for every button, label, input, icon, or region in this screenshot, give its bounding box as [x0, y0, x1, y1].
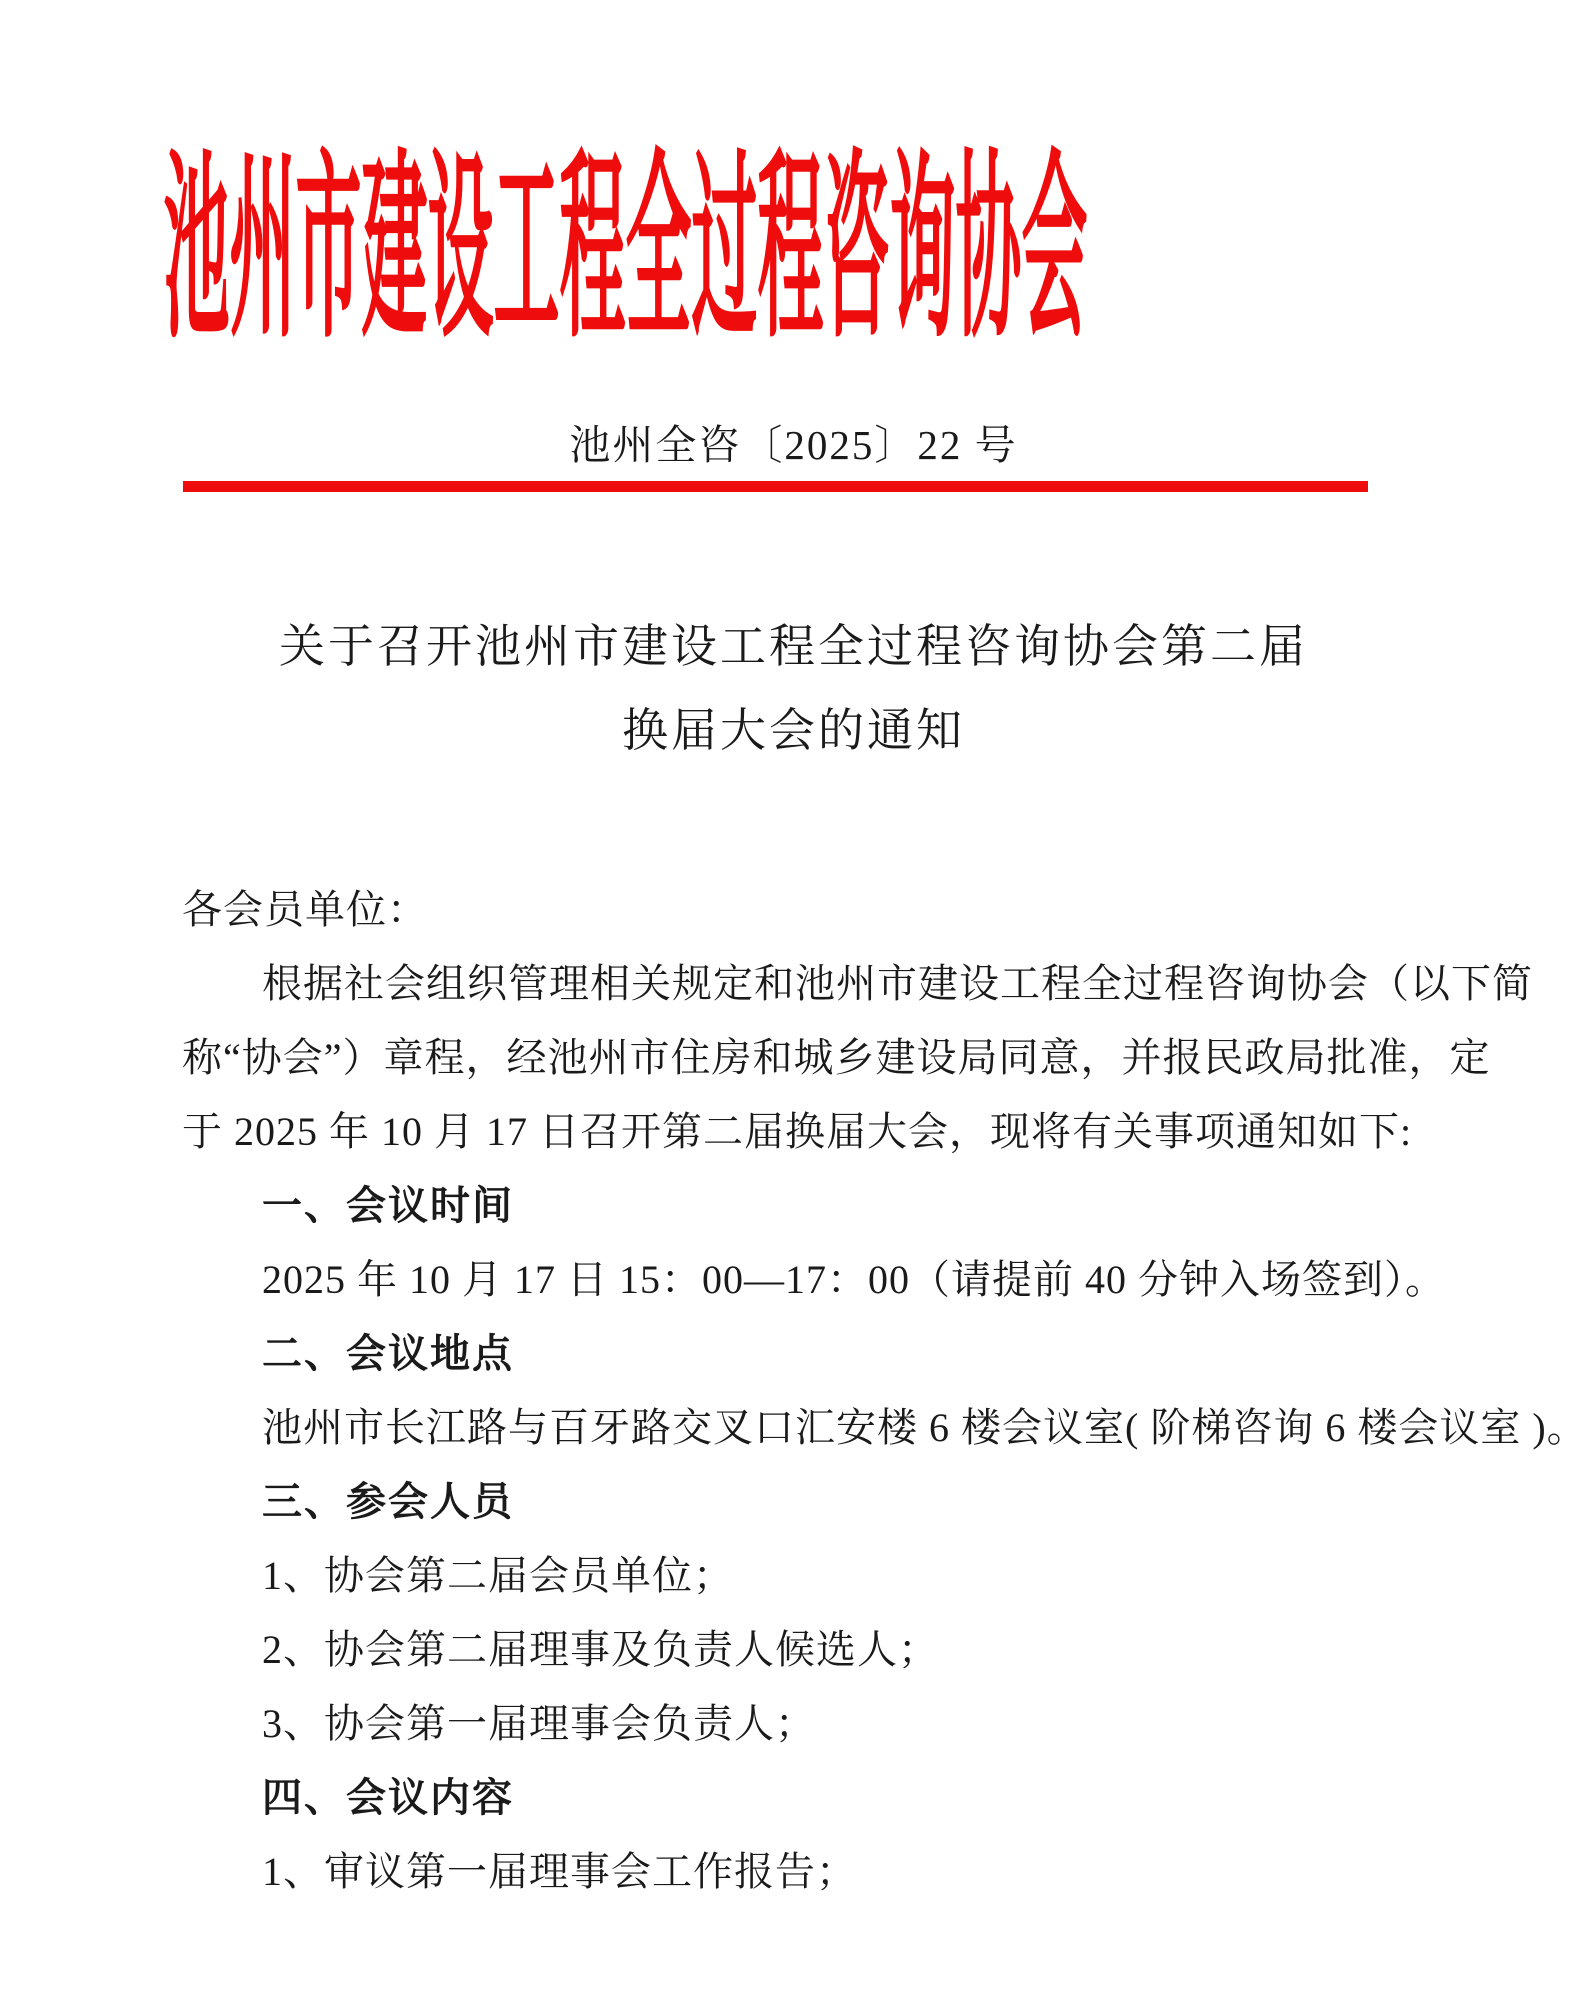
- section-heading: 四、会议内容: [182, 1761, 1442, 1835]
- notice-title: 关于召开池州市建设工程全过程咨询协会第二届 换届大会的通知: [0, 605, 1587, 773]
- body-line: 1、审议第一届理事会工作报告；: [182, 1835, 1442, 1909]
- body-line: 根据社会组织管理相关规定和池州市建设工程全过程咨询协会（以下简: [182, 947, 1442, 1021]
- notice-title-line1: 关于召开池州市建设工程全过程咨询协会第二届: [0, 605, 1587, 689]
- body-lines: 各会员单位：根据社会组织管理相关规定和池州市建设工程全过程咨询协会（以下简称“协…: [182, 873, 1442, 1909]
- notice-title-line2: 换届大会的通知: [0, 689, 1587, 773]
- document-number: 池州全咨〔2025〕22 号: [0, 412, 1587, 471]
- section-heading: 三、参会人员: [182, 1465, 1442, 1539]
- red-divider-line: [183, 481, 1368, 492]
- section-heading: 二、会议地点: [182, 1317, 1442, 1391]
- body-line: 3、协会第一届理事会负责人；: [182, 1687, 1442, 1761]
- body-line: 于 2025 年 10 月 17 日召开第二届换届大会，现将有关事项通知如下:: [182, 1095, 1442, 1169]
- body-line: 池州市长江路与百牙路交叉口汇安楼 6 楼会议室( 阶梯咨询 6 楼会议室 )。: [182, 1391, 1442, 1465]
- section-heading: 一、会议时间: [182, 1169, 1442, 1243]
- body-line: 1、协会第二届会员单位；: [182, 1539, 1442, 1613]
- body-line: 各会员单位：: [182, 873, 1442, 947]
- body-line: 称“协会”）章程，经池州市住房和城乡建设局同意，并报民政局批准，定: [182, 1021, 1442, 1095]
- document-page: 池州市建设工程全过程咨询协会 池州全咨〔2025〕22 号 关于召开池州市建设工…: [0, 0, 1587, 2014]
- body-line: 2025 年 10 月 17 日 15：00—17：00（请提前 40 分钟入场…: [182, 1243, 1442, 1317]
- body-line: 2、协会第二届理事及负责人候选人；: [182, 1613, 1442, 1687]
